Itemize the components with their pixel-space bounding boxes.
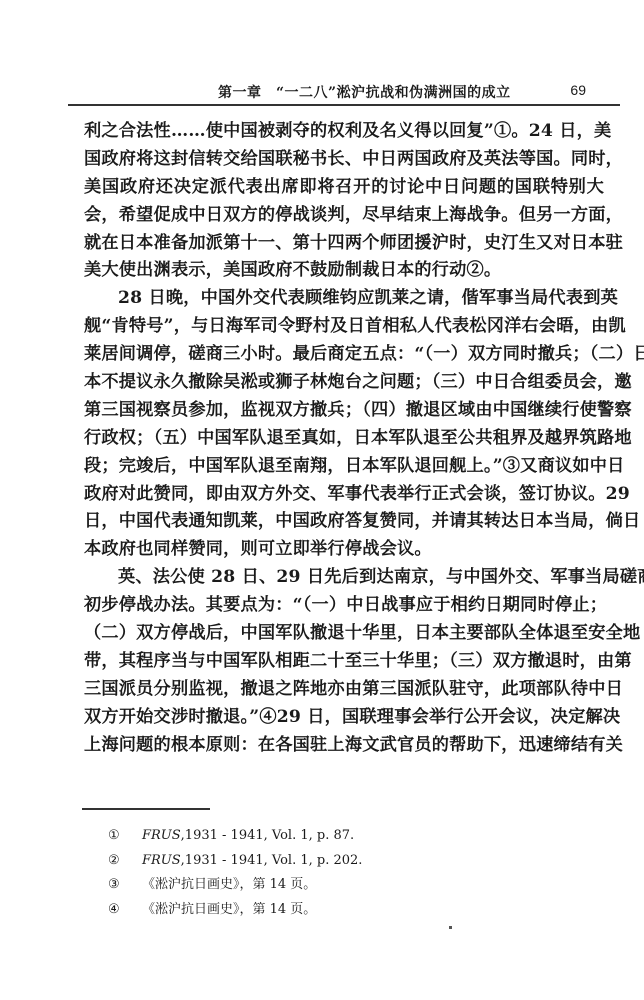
body-line: 美国政府还决定派代表出席即将召开的讨论中日问题的国联特别大 <box>84 174 604 202</box>
page-number: 69 <box>570 82 586 98</box>
body-line: 就在日本准备加派第十一、第十四两个师团援沪时，史汀生又对日本驻 <box>84 230 604 258</box>
scan-speck <box>449 926 452 929</box>
body-line: 利之合法性……使中国被剥夺的权利及名义得以回复”①。24 日，美 <box>84 118 604 146</box>
body-line: 带，其程序当与中国军队相距二十至三十华里；（三）双方撤退时，由第 <box>84 648 604 676</box>
footnote-citation: 《淞沪抗日画史》，第 14 页。 <box>142 877 316 892</box>
footnote-mark: ② <box>108 849 142 874</box>
footnote-mark: ④ <box>108 898 142 923</box>
body-line: 英、法公使 28 日、29 日先后到达南京，与中国外交、军事当局磋商 <box>84 564 604 592</box>
footnote-mark: ① <box>108 824 142 849</box>
body-line: （二）双方停战后，中国军队撤退十华里，日本主要部队全体退至安全地 <box>84 620 604 648</box>
footnote-text: FRUS,1931 - 1941, Vol. 1, p. 87. <box>142 824 354 849</box>
body-line: 政府对此赞同，即由双方外交、军事代表举行正式会谈，签订协议。29 <box>84 481 604 509</box>
chapter-title: 第一章 “一二八”淞沪抗战和伪满洲国的成立 <box>218 82 511 102</box>
body-line: 上海问题的根本原则：在各国驻上海文武官员的帮助下，迅速缔结有关 <box>84 732 604 760</box>
footnote: ③《淞沪抗日画史》，第 14 页。 <box>108 873 362 898</box>
body-line: 会，希望促成中日双方的停战谈判，尽早结束上海战争。但另一方面， <box>84 202 604 230</box>
footnote-source-italic: FRUS <box>142 828 181 843</box>
footnote: ①FRUS,1931 - 1941, Vol. 1, p. 87. <box>108 824 362 849</box>
footnote: ②FRUS,1931 - 1941, Vol. 1, p. 202. <box>108 849 362 874</box>
footnote-citation: 《淞沪抗日画史》，第 14 页。 <box>142 902 316 917</box>
footnote: ④《淞沪抗日画史》，第 14 页。 <box>108 898 362 923</box>
body-line: 段；完竣后，中国军队退至南翔，日本军队退回舰上。”③又商议如中日 <box>84 453 604 481</box>
footnote-rule <box>82 808 210 810</box>
footnote-citation: ,1931 - 1941, Vol. 1, p. 202. <box>181 853 363 868</box>
body-line: 舰“肯特号”，与日海军司令野村及日首相私人代表松冈洋右会晤，由凯 <box>84 313 604 341</box>
body-line: 美大使出渊表示，美国政府不鼓励制裁日本的行动②。 <box>84 257 604 285</box>
body-line: 28 日晚，中国外交代表顾维钧应凯莱之请，偕军事当局代表到英 <box>84 285 604 313</box>
body-text: 利之合法性……使中国被剥夺的权利及名义得以回复”①。24 日，美国政府将这封信转… <box>84 118 604 759</box>
body-line: 国政府将这封信转交给国联秘书长、中日两国政府及英法等国。同时， <box>84 146 604 174</box>
footnote-source-italic: FRUS <box>142 853 181 868</box>
body-line: 行政权；（五）中国军队退至真如，日本军队退至公共租界及越界筑路地 <box>84 425 604 453</box>
body-line: 本政府也同样赞同，则可立即举行停战会议。 <box>84 536 604 564</box>
body-line: 双方开始交涉时撤退。”④29 日，国联理事会举行公开会议，决定解决 <box>84 704 604 732</box>
running-head: 第一章 “一二八”淞沪抗战和伪满洲国的成立 69 <box>68 80 620 102</box>
footnotes: ①FRUS,1931 - 1941, Vol. 1, p. 87.②FRUS,1… <box>108 824 362 922</box>
footnote-citation: ,1931 - 1941, Vol. 1, p. 87. <box>181 828 354 843</box>
body-line: 日，中国代表通知凯莱，中国政府答复赞同，并请其转达日本当局，倘日 <box>84 508 604 536</box>
body-line: 本不提议永久撤除吴淞或狮子林炮台之问题；（三）中日合组委员会，邀 <box>84 369 604 397</box>
body-line: 三国派员分别监视，撤退之阵地亦由第三国派队驻守，此项部队待中日 <box>84 676 604 704</box>
footnote-text: FRUS,1931 - 1941, Vol. 1, p. 202. <box>142 849 362 874</box>
body-line: 初步停战办法。其要点为：“（一）中日战事应于相约日期同时停止； <box>84 592 604 620</box>
footnote-mark: ③ <box>108 873 142 898</box>
body-line: 第三国视察员参加，监视双方撤兵；（四）撤退区域由中国继续行使警察 <box>84 397 604 425</box>
footnote-text: 《淞沪抗日画史》，第 14 页。 <box>142 898 316 923</box>
header-rule <box>68 104 620 106</box>
body-line: 莱居间调停，磋商三小时。最后商定五点：“（一）双方同时撤兵；（二）日 <box>84 341 604 369</box>
footnote-text: 《淞沪抗日画史》，第 14 页。 <box>142 873 316 898</box>
